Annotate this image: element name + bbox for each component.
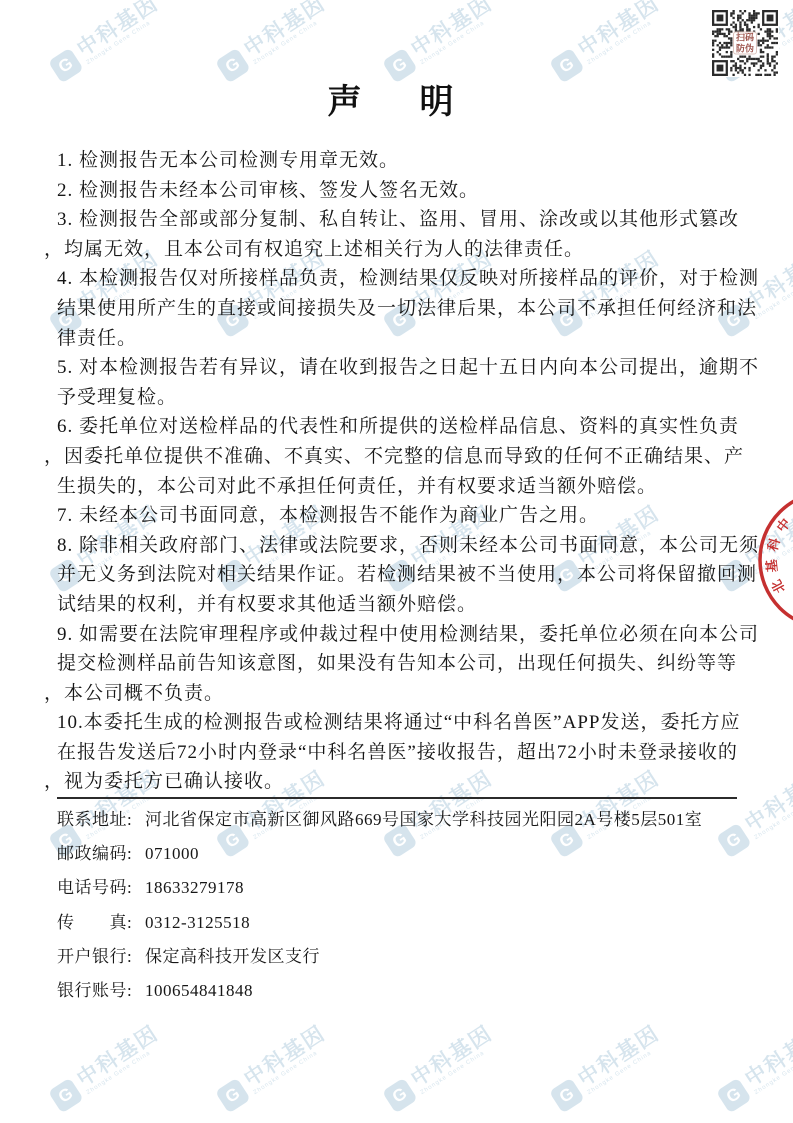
- contact-row: 联系地址:河北省保定市高新区御风路669号国家大学科技园光阳园2A号楼5层501…: [57, 808, 757, 842]
- statement-line: ，均属无效，且本公司有权追究上述相关行为人的法律责任。: [44, 235, 749, 265]
- brand-watermark-text: 中科基因: [241, 1022, 330, 1091]
- brand-watermark-text: 中科基因: [742, 1022, 793, 1091]
- statement-line: 3. 检测报告全部或部分复制、私自转让、盗用、冒用、涂改或以其他形式篡改: [57, 205, 749, 235]
- statement-line: 并无义务到法院对相关结果作证。若检测结果被不当使用，本公司将保留撤回测: [57, 560, 749, 590]
- brand-watermark-text: 中科基因: [241, 0, 330, 61]
- contact-label: 邮政编码:: [57, 842, 135, 866]
- statement-line: 4. 本检测报告仅对所接样品负责，检测结果仅反映对所接样品的评价，对于检测: [57, 264, 749, 294]
- brand-watermark-subtext: Zhongke Gene China: [754, 786, 793, 842]
- contact-row: 开户银行:保定高科技开发区支行: [57, 945, 757, 979]
- statement-line: 5. 对本检测报告若有异议，请在收到报告之日起十五日内向本公司提出，逾期不: [57, 353, 749, 383]
- seal-character: 北: [768, 577, 787, 596]
- statement-line: 10.本委托生成的检测报告或检测结果将通过“中科名兽医”APP发送，委托方应: [57, 708, 749, 738]
- statement-line: 生损失的，本公司对此不承担任何责任，并有权要求适当额外赔偿。: [57, 472, 749, 502]
- statement-line: 6. 委托单位对送检样品的代表性和所提供的送检样品信息、资料的真实性负责: [57, 412, 749, 442]
- contact-value: 河北省保定市高新区御风路669号国家大学科技园光阳园2A号楼5层501室: [145, 810, 702, 829]
- brand-watermark: G中科基因Zhongke Gene China: [47, 1025, 163, 1115]
- brand-logo-icon: G: [215, 1077, 251, 1113]
- brand-watermark-text: 中科基因: [74, 0, 163, 61]
- red-seal-partial: 中科基北: [750, 488, 793, 632]
- brand-watermark: G中科基因Zhongke Gene China: [381, 1025, 497, 1115]
- document-page: G中科基因Zhongke Gene ChinaG中科基因Zhongke Gene…: [0, 0, 793, 1123]
- brand-watermark: G中科基因Zhongke Gene China: [214, 1025, 330, 1115]
- brand-watermark-subtext: Zhongke Gene China: [754, 1041, 793, 1097]
- brand-watermark-subtext: Zhongke Gene China: [86, 11, 167, 67]
- contact-label: 电话号码:: [57, 876, 135, 900]
- page-title: 声 明: [0, 74, 793, 123]
- brand-watermark: G中科基因Zhongke Gene China: [548, 1025, 664, 1115]
- contact-label: 银行账号:: [57, 979, 135, 1003]
- statement-line: ，本公司概不负责。: [44, 679, 749, 709]
- statement-line: 予受理复检。: [57, 383, 749, 413]
- brand-watermark-subtext: Zhongke Gene China: [253, 11, 334, 67]
- brand-logo-icon: G: [48, 1077, 84, 1113]
- brand-watermark-subtext: Zhongke Gene China: [420, 11, 501, 67]
- brand-watermark-subtext: Zhongke Gene China: [420, 1041, 501, 1097]
- contact-row: 邮政编码:071000: [57, 842, 757, 876]
- qr-label-line1: 扫码: [736, 33, 754, 44]
- brand-watermark-subtext: Zhongke Gene China: [86, 1041, 167, 1097]
- statement-line: 9. 如需要在法院审理程序或仲裁过程中使用检测结果，委托单位必须在向本公司: [57, 620, 749, 650]
- seal-character: 基: [764, 559, 780, 574]
- qr-center-label: 扫码 防伪: [733, 32, 757, 55]
- statement-line: ，因委托单位提供不准确、不真实、不完整的信息而导致的任何不正确结果、产: [44, 442, 749, 472]
- brand-watermark: G中科基因Zhongke Gene China: [715, 1025, 793, 1115]
- brand-watermark-text: 中科基因: [408, 1022, 497, 1091]
- contact-value: 保定高科技开发区支行: [145, 947, 320, 966]
- statement-line: 2. 检测报告未经本公司审核、签发人签名无效。: [57, 176, 749, 206]
- contact-value: 071000: [145, 844, 199, 863]
- contact-row: 传 真:0312-3125518: [57, 911, 757, 945]
- contact-value: 18633279178: [145, 878, 244, 897]
- anti-counterfeit-qr-code: 扫码 防伪: [711, 9, 779, 77]
- brand-watermark-subtext: Zhongke Gene China: [253, 1041, 334, 1097]
- contact-row: 银行账号:100654841848: [57, 979, 757, 1013]
- statement-line: 7. 未经本公司书面同意，本检测报告不能作为商业广告之用。: [57, 501, 749, 531]
- statement-line: ，视为委托方已确认接收。: [44, 767, 749, 797]
- brand-watermark-text: 中科基因: [74, 1022, 163, 1091]
- contact-label: 联系地址:: [57, 808, 135, 832]
- contact-value: 0312-3125518: [145, 913, 250, 932]
- seal-character: 科: [764, 535, 783, 554]
- brand-watermark-text: 中科基因: [575, 0, 664, 61]
- statement-line: 结果使用所产生的直接或间接损失及一切法律后果，本公司不承担任何经济和法: [57, 294, 749, 324]
- statement-line: 1. 检测报告无本公司检测专用章无效。: [57, 146, 749, 176]
- brand-logo-icon: G: [382, 1077, 418, 1113]
- brand-watermark: G中科基因Zhongke Gene China: [47, 0, 163, 84]
- statement-line: 提交检测样品前告知该意图，如果没有告知本公司，出现任何损失、纠纷等等: [57, 649, 749, 679]
- brand-watermark-text: 中科基因: [575, 1022, 664, 1091]
- brand-watermark-subtext: Zhongke Gene China: [587, 1041, 668, 1097]
- contact-value: 100654841848: [145, 981, 253, 1000]
- qr-label-line2: 防伪: [736, 43, 754, 54]
- statement-line: 律责任。: [57, 324, 749, 354]
- contact-label: 传 真:: [57, 911, 135, 935]
- statement-line: 试结果的权利，并有权要求其他适当额外赔偿。: [57, 590, 749, 620]
- brand-watermark: G中科基因Zhongke Gene China: [381, 0, 497, 84]
- brand-logo-icon: G: [716, 1077, 752, 1113]
- statement-line: 8. 除非相关政府部门、法律或法院要求，否则未经本公司书面同意，本公司无须: [57, 531, 749, 561]
- seal-character: 中: [774, 515, 793, 534]
- divider-line: [57, 797, 737, 799]
- brand-watermark-subtext: Zhongke Gene China: [587, 11, 668, 67]
- brand-watermark: G中科基因Zhongke Gene China: [214, 0, 330, 84]
- contact-label: 开户银行:: [57, 945, 135, 969]
- contact-row: 电话号码:18633279178: [57, 876, 757, 910]
- brand-watermark-subtext: Zhongke Gene China: [754, 266, 793, 322]
- statement-line: 在报告发送后72小时内登录“中科名兽医”接收报告，超出72小时未登录接收的: [57, 738, 749, 768]
- statement-list: 1. 检测报告无本公司检测专用章无效。2. 检测报告未经本公司审核、签发人签名无…: [57, 146, 749, 797]
- brand-watermark-text: 中科基因: [408, 0, 497, 61]
- brand-watermark: G中科基因Zhongke Gene China: [548, 0, 664, 84]
- contact-info: 联系地址:河北省保定市高新区御风路669号国家大学科技园光阳园2A号楼5层501…: [57, 808, 757, 1013]
- brand-logo-icon: G: [549, 1077, 585, 1113]
